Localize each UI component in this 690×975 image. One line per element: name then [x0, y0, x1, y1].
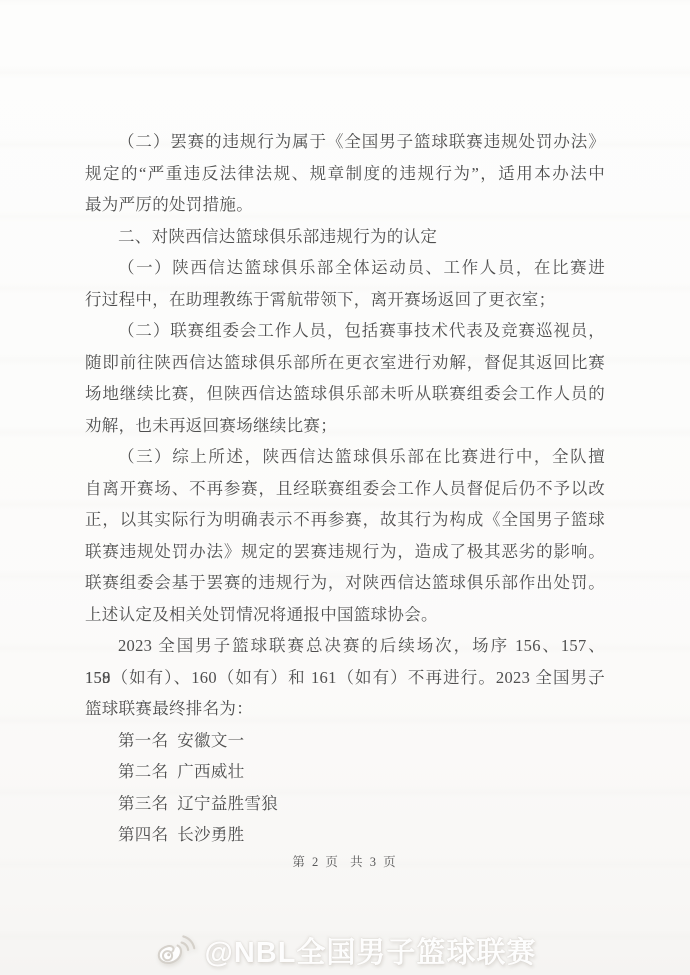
text-line: 随即前往陕西信达篮球俱乐部所在更衣室进行劝解，督促其返回比赛: [85, 347, 605, 379]
text-line: 2023 全国男子篮球联赛总决赛的后续场次，场序 156、157、158、: [85, 630, 605, 662]
text-line: 二、对陕西信达篮球俱乐部违规行为的认定: [85, 221, 605, 253]
document-page: （二）罢赛的违规行为属于《全国男子篮球联赛违规处罚办法》规定的“严重违反法律法规…: [0, 0, 690, 975]
text-line: 规定的“严重违反法律法规、规章制度的违规行为”，适用本办法中: [85, 158, 605, 190]
text-line: 最为严厉的处罚措施。: [85, 189, 605, 221]
watermark: @NBL全国男子篮球联赛: [0, 926, 690, 974]
text-line: （二）罢赛的违规行为属于《全国男子篮球联赛违规处罚办法》: [85, 126, 605, 158]
text-line: （一）陕西信达篮球俱乐部全体运动员、工作人员，在比赛进: [85, 252, 605, 284]
text-line: 联赛违规处罚办法》规定的罢赛违规行为，造成了极其恶劣的影响。: [85, 536, 605, 568]
text-line: （二）联赛组委会工作人员，包括赛事技术代表及竞赛巡视员，: [85, 315, 605, 347]
text-line: 场地继续比赛，但陕西信达篮球俱乐部未听从联赛组委会工作人员的: [85, 378, 605, 410]
text-line: 正，以其实际行为明确表示不再参赛，故其行为构成《全国男子篮球: [85, 504, 605, 536]
page-number: 第 2 页 共 3 页: [0, 852, 690, 870]
text-line: 第三名 辽宁益胜雪狼: [85, 788, 605, 820]
weibo-icon: [154, 932, 196, 968]
text-line: 第二名 广西威壮: [85, 756, 605, 788]
text-line: 劝解，也未再返回赛场继续比赛；: [85, 410, 605, 442]
watermark-text: @NBL全国男子篮球联赛: [205, 930, 537, 971]
text-line: 159（如有）、160（如有）和 161（如有）不再进行。2023 全国男子: [85, 662, 605, 694]
text-line: 联赛组委会基于罢赛的违规行为，对陕西信达篮球俱乐部作出处罚。: [85, 567, 605, 599]
text-line: （三）综上所述，陕西信达篮球俱乐部在比赛进行中，全队擅: [85, 441, 605, 473]
text-line: 篮球联赛最终排名为：: [85, 693, 605, 725]
text-line: 第四名 长沙勇胜: [85, 819, 605, 851]
text-line: 自离开赛场、不再参赛，且经联赛组委会工作人员督促后仍不予以改: [85, 473, 605, 505]
text-line: 第一名 安徽文一: [85, 725, 605, 757]
text-line: 行过程中，在助理教练于霄航带领下，离开赛场返回了更衣室；: [85, 284, 605, 316]
text-line: 上述认定及相关处罚情况将通报中国篮球协会。: [85, 599, 605, 631]
document-text-block: （二）罢赛的违规行为属于《全国男子篮球联赛违规处罚办法》规定的“严重违反法律法规…: [85, 126, 605, 851]
